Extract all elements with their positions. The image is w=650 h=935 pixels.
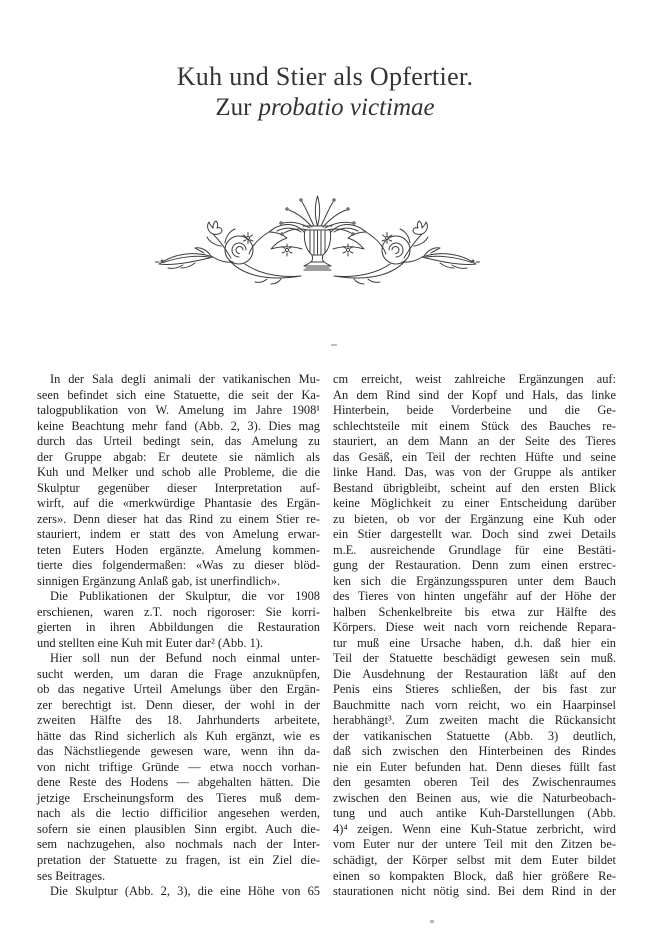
text-line: Hinterbein, beide Vorderbeine und die Ge… <box>333 403 616 419</box>
text-line: durch das Urteil bedingt sein, das Amelu… <box>37 434 320 450</box>
text-line: Teil der Statuette beschädigt gewesen se… <box>333 651 616 667</box>
text-line: zu bieten, ob vor der Ergänzung eine Kuh… <box>333 512 616 528</box>
text-line: hätte das Rind sicherlich als Kuh ergänz… <box>37 729 320 745</box>
article-subtitle: Zurprobatio victimae <box>0 93 650 123</box>
text-line: m.E. ausreichende Grundlage für eine Bes… <box>333 543 616 559</box>
article-title-block: Kuh und Stier als Opfertier. Zurprobatio… <box>0 60 650 123</box>
text-line: einen so kompakten Block, daß hier größe… <box>333 869 616 885</box>
text-line: und stellten eine Kuh mit Euter dar² (Ab… <box>37 636 320 652</box>
text-line: cm erreicht, weist zahlreiche Ergänzunge… <box>333 372 616 388</box>
text-line: Bauchmitte nach vorn reicht, wo ein Haar… <box>333 698 616 714</box>
text-line: gierten in ihren Abbildungen die Restaur… <box>37 620 320 636</box>
text-line: keine Möglichkeit zu einer Entscheidung … <box>333 496 616 512</box>
text-line: zer berechtigt ist. Denn dieser, der woh… <box>37 698 320 714</box>
text-line: das Gesäß, ein Teil der rechten Hüfte un… <box>333 450 616 466</box>
text-line: linke Hand. Das, was von der Gruppe als … <box>333 465 616 481</box>
text-line: des Tieres von hinten ungefähr auf der H… <box>333 589 616 605</box>
text-line: Skulptur gegenüber dieser Interpretation… <box>37 481 320 497</box>
text-line: sinnigen Ergänzung Anlaß gab, ist unerfi… <box>37 574 320 590</box>
subtitle-prefix: Zur <box>215 94 251 121</box>
text-line: den gesamten oberen Teil des Zwischenrau… <box>333 775 616 791</box>
scanned-paper-page: Kuh und Stier als Opfertier. Zurprobatio… <box>0 0 650 935</box>
text-line: jetzige Erscheinungsform des Tieres muß … <box>37 791 320 807</box>
text-line: tur muß eine Ursache haben, d.h. daß hie… <box>333 636 616 652</box>
text-line: sem nachzugehen, also nochmals nach der … <box>37 837 320 853</box>
text-line: ken sich die Ergänzungsspuren unter dem … <box>333 574 616 590</box>
text-column-left: In der Sala degli animali der vatikanisc… <box>37 372 320 900</box>
stray-scan-mark <box>430 920 434 923</box>
text-line: zweiten Hälfte des 18. Jahrhunderts arbe… <box>37 713 320 729</box>
text-line: 4)⁴ zeigen. Wenn eine Kuh-Statue zerbric… <box>333 822 616 838</box>
text-line: Kuh und Melker und schob alle Probleme, … <box>37 465 320 481</box>
text-line: staurationen nicht nötig sind. Bei dem R… <box>333 884 616 900</box>
text-line: In der Sala degli animali der vatikanisc… <box>37 372 320 388</box>
text-line: dene Reste des Hodens — abgehalten hätte… <box>37 775 320 791</box>
text-line: gung der Restauration. Denn zum einen er… <box>333 558 616 574</box>
text-column-right: cm erreicht, weist zahlreiche Ergänzunge… <box>333 372 616 900</box>
text-line: schädigt, der Körper selbst mit dem Eute… <box>333 853 616 869</box>
text-line: teten Euters Hoden ergänzte. Amelung kom… <box>37 543 320 559</box>
text-line: stauriert, indem er statt des von Amelun… <box>37 527 320 543</box>
text-line: sucht werden, um daran die Frage anzuknü… <box>37 667 320 683</box>
text-line: von nicht triftige Gründe — etwa nocch v… <box>37 760 320 776</box>
stray-scan-mark <box>331 344 337 346</box>
text-line: talogpublikation von W. Amelung im Jahre… <box>37 403 320 419</box>
text-line: der Gruppe abgab: Er deutete sie nämlich… <box>37 450 320 466</box>
text-line: ob das negative Urteil Amelungs über den… <box>37 682 320 698</box>
text-line: stauriert, an dem Mann an der Seite des … <box>333 434 616 450</box>
text-line: herabhängt³. Zum zweiten macht die Rücka… <box>333 713 616 729</box>
text-line: Bestand übrigbleibt, scheint auf den ers… <box>333 481 616 497</box>
text-line: Körpers. Diese weit nach vorn reichende … <box>333 620 616 636</box>
text-line: wirft, auf die «merkwürdige Phantasie de… <box>37 496 320 512</box>
text-line: tierte dies folgendermaßen: «Was zu dies… <box>37 558 320 574</box>
text-line: schlechtsteile mit einem Stück des Bauch… <box>333 419 616 435</box>
text-line: daß sich zwischen den Hinterbeinen des R… <box>333 744 616 760</box>
text-line: Die Skulptur (Abb. 2, 3), die eine Höhe … <box>37 884 320 900</box>
text-line: zers». Denn dieser hat das Rind zu einem… <box>37 512 320 528</box>
subtitle-latin-phrase: probatio victimae <box>258 94 434 121</box>
text-line: Hier soll nun der Befund noch einmal unt… <box>37 651 320 667</box>
text-line: das Nächstliegende gewesen ware, wenn ih… <box>37 744 320 760</box>
text-line: zwischen den Beinen aus, wie die Naturbe… <box>333 791 616 807</box>
text-line: tung und auch antike Kuh-Darstellungen (… <box>333 806 616 822</box>
text-line: ein Stier dargestellt war. Doch sind zwe… <box>333 527 616 543</box>
article-title: Kuh und Stier als Opfertier. <box>0 60 650 93</box>
text-line: der vatikanischen Statuette (Abb. 3) deu… <box>333 729 616 745</box>
text-line: Penis eins Stieres schließen, der bis fa… <box>333 682 616 698</box>
text-line: keine Beachtung mehr fand (Abb. 2, 3). D… <box>37 419 320 435</box>
text-line: ses Beitrages. <box>37 869 320 885</box>
urn-fleuron-ornament-icon <box>155 190 480 290</box>
text-line: sofern sie einen plausiblen Sinn ergibt.… <box>37 822 320 838</box>
text-line: Die Ausdehnung der Restauration läßt auf… <box>333 667 616 683</box>
text-line: vom Euter nur der untere Teil mit den Zi… <box>333 837 616 853</box>
text-line: erschienen, waren z.T. noch rigoroser: S… <box>37 605 320 621</box>
text-line: nach als die lectio difficilior angesehe… <box>37 806 320 822</box>
text-line: seen befindet sich eine Statuette, die s… <box>37 388 320 404</box>
text-line: Die Publikationen der Skulptur, die vor … <box>37 589 320 605</box>
text-line: nie ein Euter befunden hat. Denn dieses … <box>333 760 616 776</box>
text-line: pretation der Statuette zu fragen, ist e… <box>37 853 320 869</box>
text-line: halben Schenkelbreite bis etwa zur Hälft… <box>333 605 616 621</box>
text-line: An dem Rind sind der Kopf und Hals, das … <box>333 388 616 404</box>
